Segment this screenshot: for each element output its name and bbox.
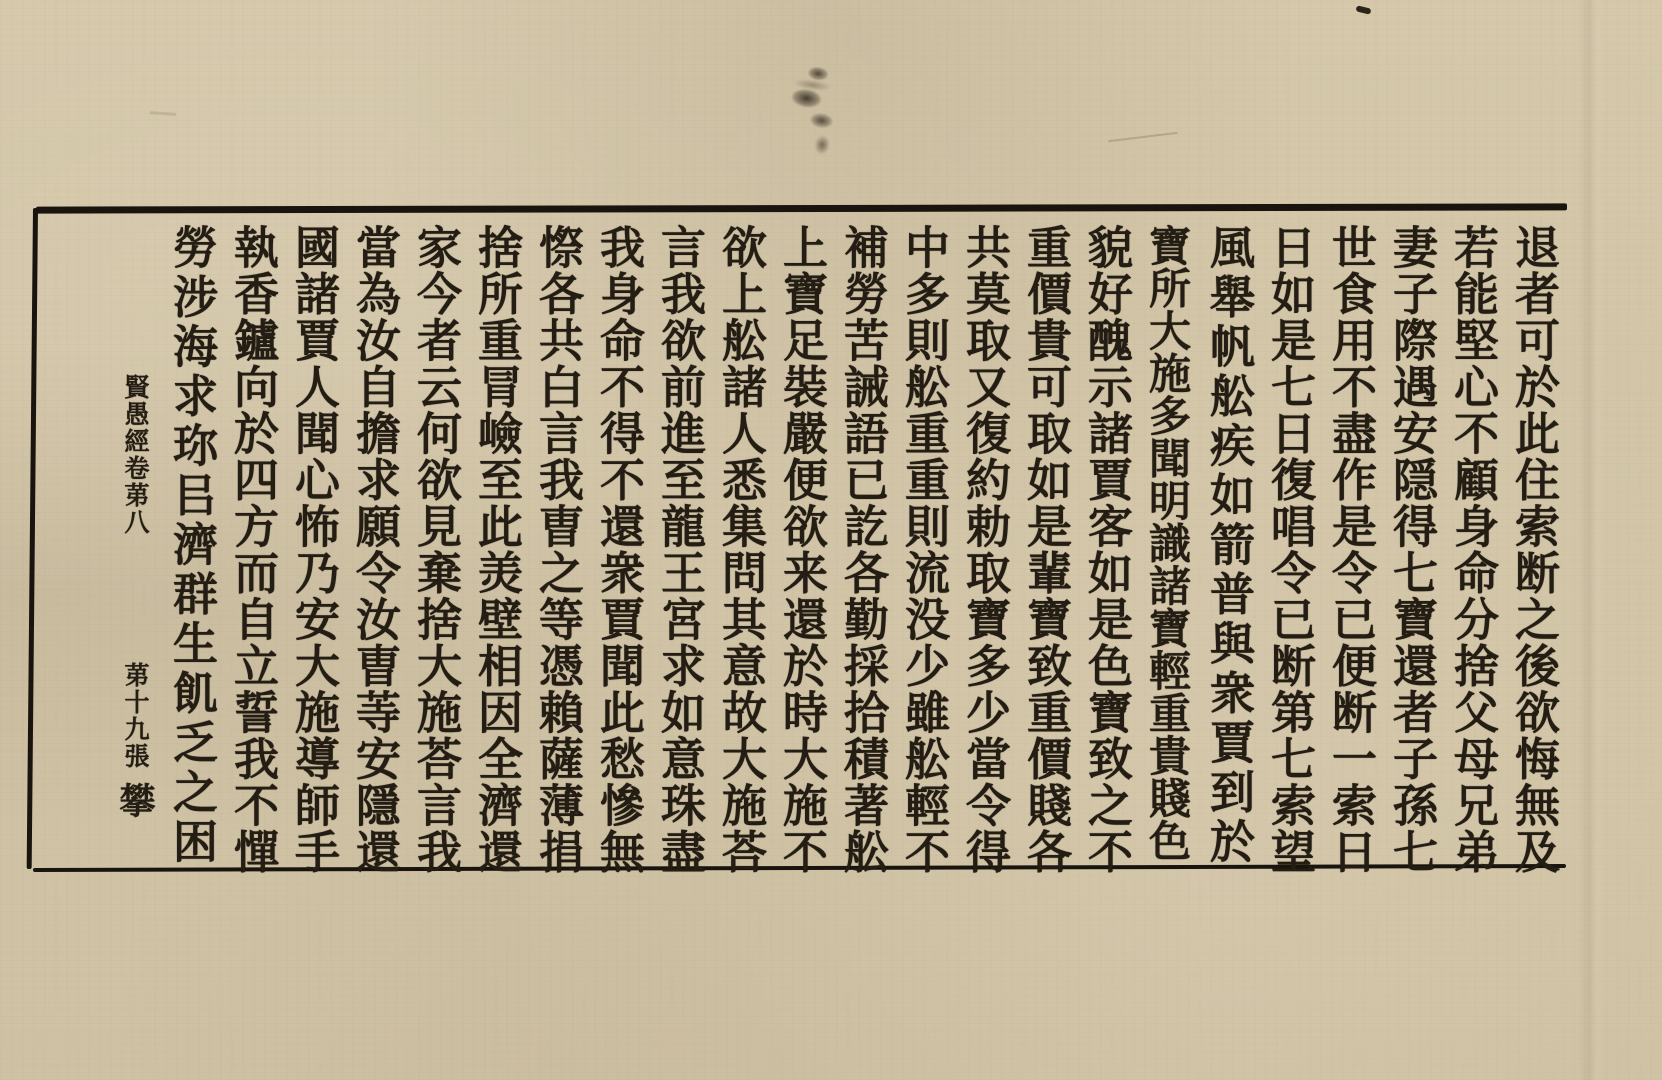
text-column: 若能堅心不顧身命分捨父母兄弟 bbox=[1442, 224, 1503, 864]
text-column: 共莫取又復約勅取寶多少當令得 bbox=[954, 224, 1015, 864]
text-column: 執香鑪向於四方而自立誓我不憚 bbox=[222, 224, 283, 864]
text-column: 上寶足裝嚴便欲来還於時大施不 bbox=[771, 224, 832, 864]
text-column: 寶所大施多聞明識諸寶輕重貴賤色 bbox=[1137, 224, 1198, 864]
text-column: 重價貴可取如是輩寶致重價賤各 bbox=[1015, 224, 1076, 864]
text-column: 欲上舩諸人悉集問其意故大施荅 bbox=[710, 224, 771, 864]
colophon-sheet-number: 苐十九張 bbox=[121, 662, 150, 770]
text-block: 退者可於此住索断之後欲悔無及若能堅心不顧身命分捨父母兄弟妻子際遇安隠得七寶還者子… bbox=[109, 224, 1564, 864]
paper-fiber-mark bbox=[1108, 132, 1178, 143]
text-column: 風舉帆舩疾如箭普與衆賈到於 bbox=[1198, 224, 1259, 864]
text-column: 國諸賈人聞心怖乃安大施導師手 bbox=[283, 224, 344, 864]
text-column: 言我欲前進至龍王宮求如意珠盡 bbox=[649, 224, 710, 864]
frame-top-rule bbox=[36, 203, 1567, 213]
text-column: 憏各共白言我曺之等憑賴薩薄捐 bbox=[527, 224, 588, 864]
text-column: 捨所重冐嶮至此羙壁相因全濟還 bbox=[466, 224, 527, 864]
colophon-case-mark: 攀 bbox=[114, 782, 156, 820]
text-column: 世食用不盡作是令已便断一索日 bbox=[1320, 224, 1381, 864]
ink-speck bbox=[1355, 5, 1371, 14]
paper-fiber-mark bbox=[150, 111, 176, 116]
paper-edge-crease bbox=[1578, 0, 1604, 1080]
text-column: 我身命不得不還衆賈聞此愁慘無 bbox=[588, 224, 649, 864]
text-column: 當為汝自擔求願令汝曺䓁安隱還 bbox=[344, 224, 405, 864]
text-column: 退者可於此住索断之後欲悔無及 bbox=[1503, 224, 1564, 864]
text-column: 中多則舩重重則流没少雖舩輕不 bbox=[893, 224, 954, 864]
sutra-page: 退者可於此住索断之後欲悔無及若能堅心不顧身命分捨父母兄弟妻子際遇安隠得七寶還者子… bbox=[0, 0, 1662, 1080]
frame-left-rule bbox=[27, 208, 38, 869]
ink-smudge bbox=[768, 51, 868, 170]
colophon-sutra-title: 賢愚經卷苐八 bbox=[121, 374, 150, 536]
text-column: 家今者云何欲見棄捨大施荅言我 bbox=[405, 224, 466, 864]
text-column: 貌好醜示諸賈客如是色寶致之不 bbox=[1076, 224, 1137, 864]
colophon-column: 賢愚經卷苐八苐十九張攀 bbox=[109, 224, 161, 864]
text-column: 補勞苦誡語已訖各勤採拾積著舩 bbox=[832, 224, 893, 864]
text-column: 勞涉海求珎㠯濟群生飢乏之困 bbox=[161, 224, 222, 864]
text-column: 妻子際遇安隠得七寶還者子孫七 bbox=[1381, 224, 1442, 864]
text-column: 日如是七日復唱令已断第七索望 bbox=[1259, 224, 1320, 864]
